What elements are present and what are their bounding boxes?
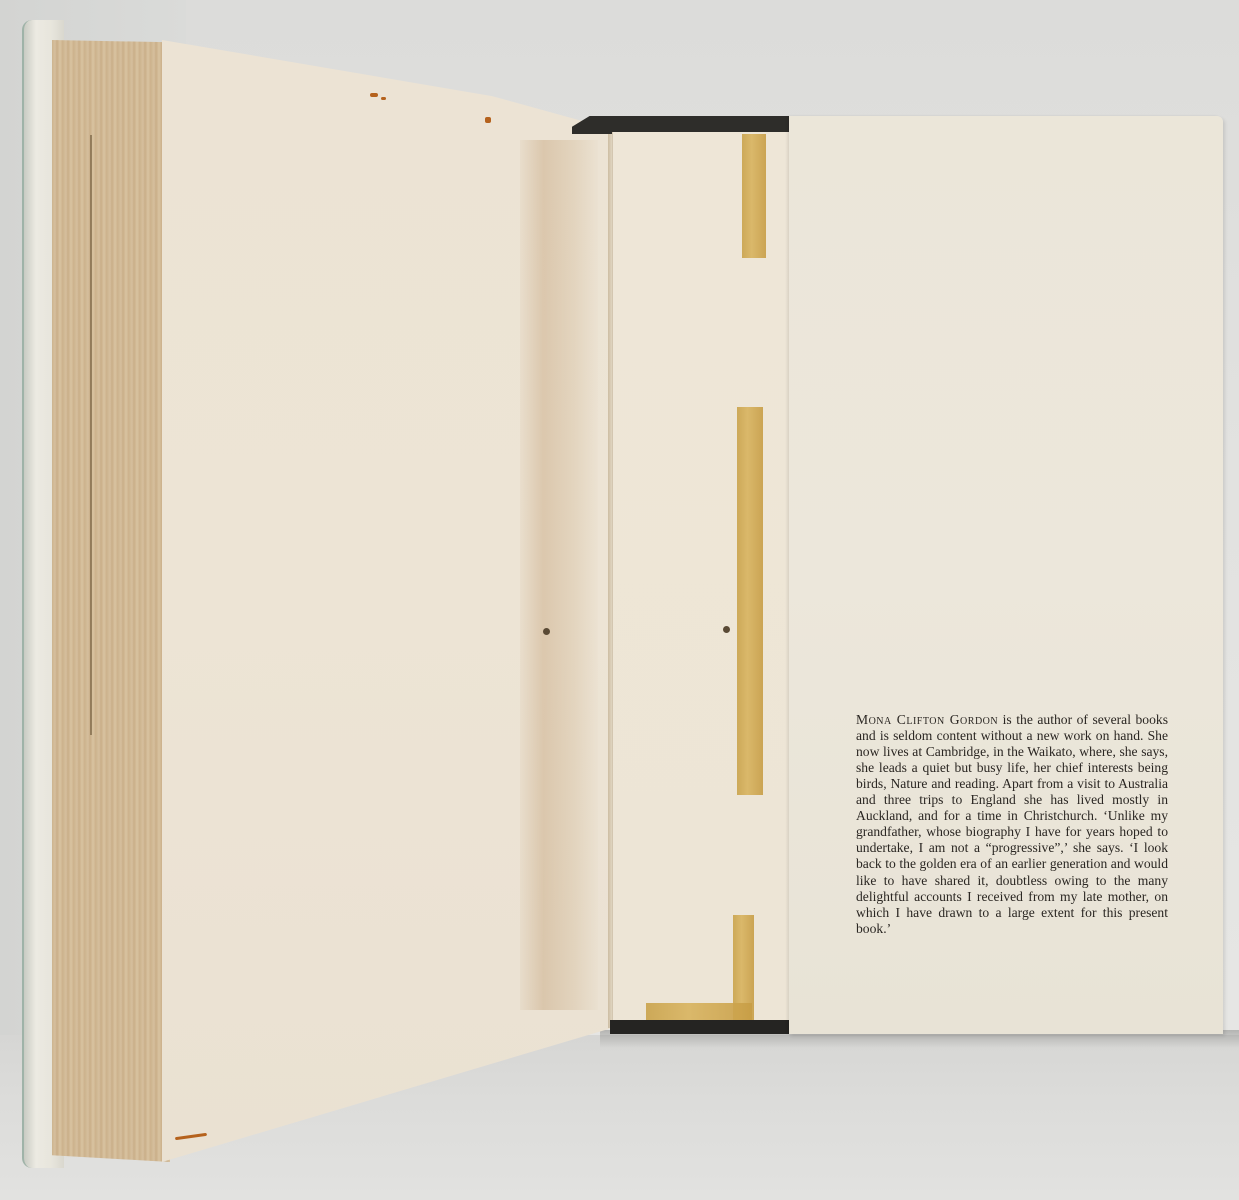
- blurb-text: is the author of several books and is se…: [856, 712, 1168, 936]
- author-name: Mona Clifton Gordon: [856, 712, 998, 727]
- tape-residue-bottom-horizontal: [646, 1003, 752, 1020]
- inner-jacket-flap: [612, 132, 790, 1020]
- foxing-spot: [485, 117, 491, 123]
- pin-hole: [723, 626, 730, 633]
- author-blurb: Mona Clifton Gordon is the author of sev…: [856, 712, 1168, 937]
- foxing-spot: [381, 97, 386, 100]
- foxing-spot: [370, 93, 378, 97]
- gutter-stain: [520, 140, 598, 1010]
- spine-bottom: [610, 1020, 790, 1034]
- page-edges: [52, 40, 170, 1162]
- tape-residue-top: [742, 134, 766, 258]
- pin-hole: [543, 628, 550, 635]
- tape-residue-middle: [737, 407, 763, 795]
